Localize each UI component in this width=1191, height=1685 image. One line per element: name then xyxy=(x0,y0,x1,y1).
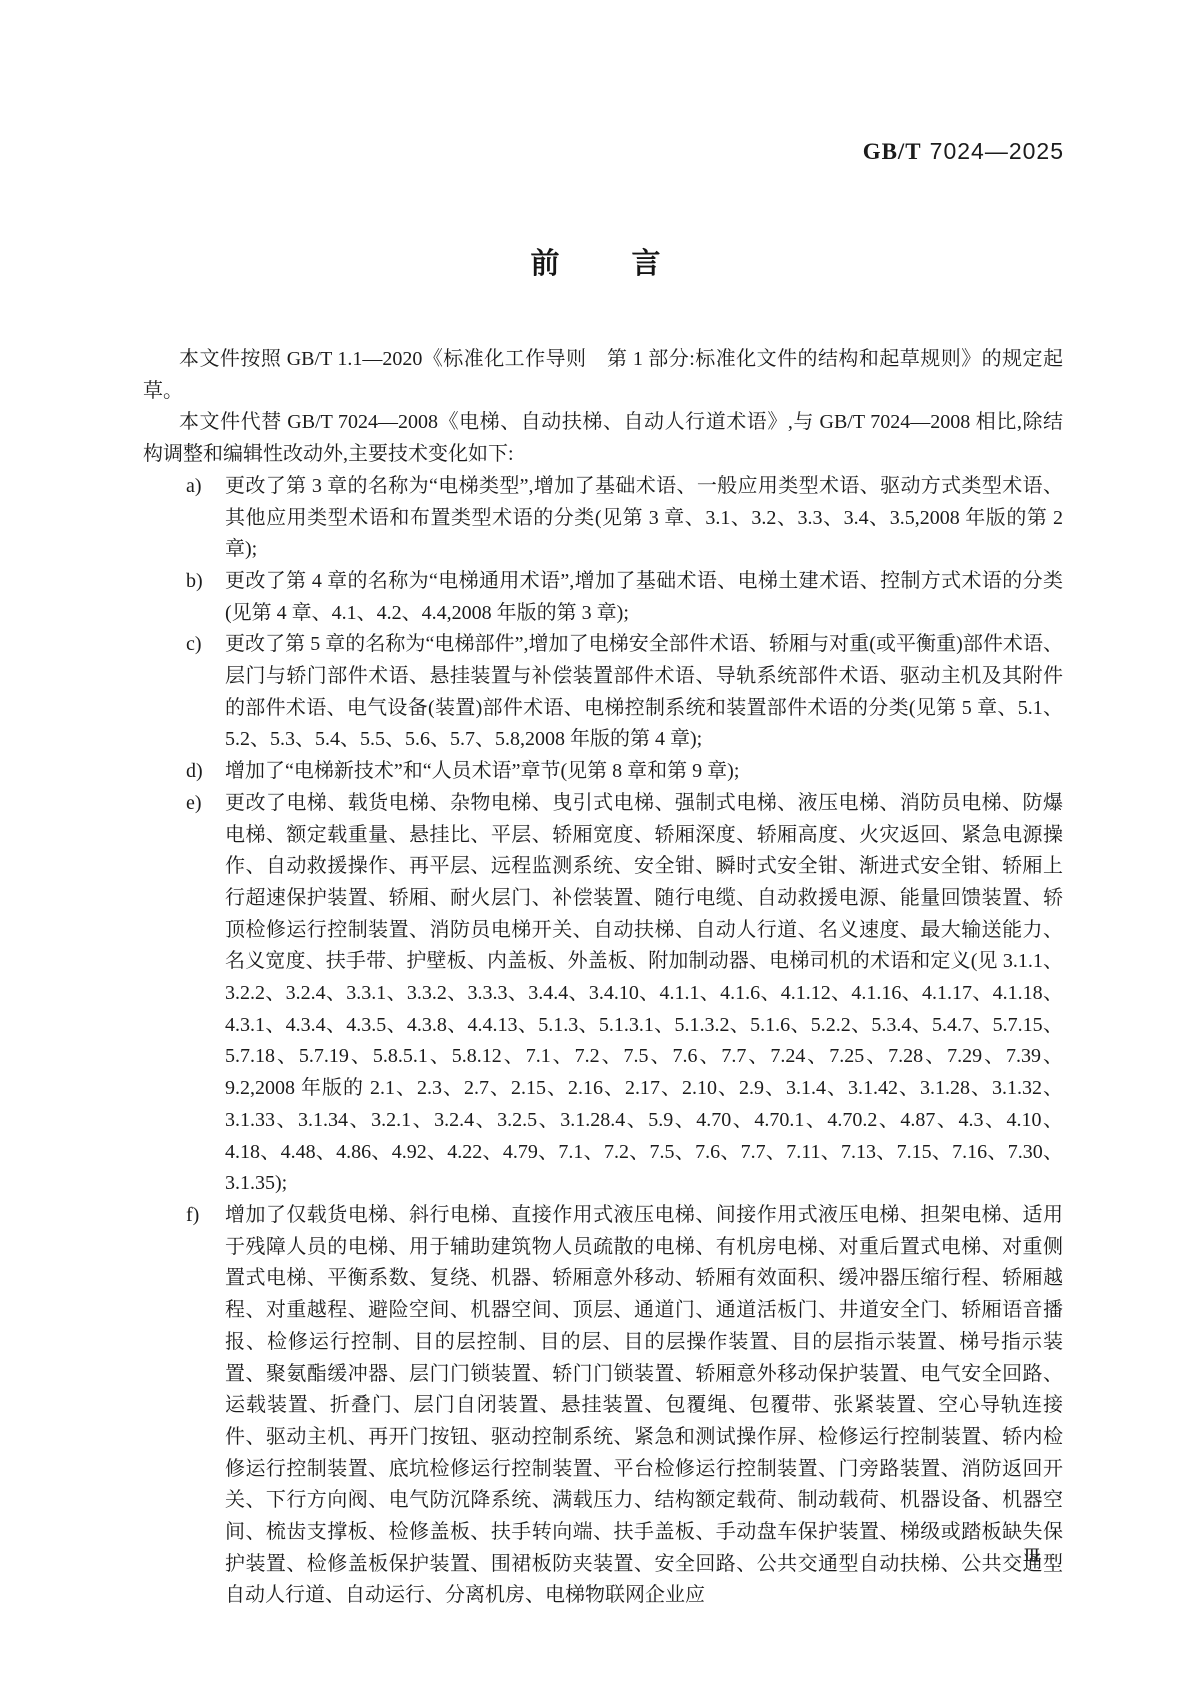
standard-code: GB/T7024—2025 xyxy=(863,138,1064,165)
item-text: 更改了第 5 章的名称为“电梯部件”,增加了电梯安全部件术语、轿厢与对重(或平衡… xyxy=(225,633,1063,750)
technical-changes-list: a) 更改了第 3 章的名称为“电梯类型”,增加了基础术语、一般应用类型术语、驱… xyxy=(143,471,1063,1612)
item-text: 更改了电梯、载货电梯、杂物电梯、曳引式电梯、强制式电梯、液压电梯、消防员电梯、防… xyxy=(225,792,1063,1194)
change-item-b: b) 更改了第 4 章的名称为“电梯通用术语”,增加了基础术语、电梯土建术语、控… xyxy=(143,566,1063,629)
item-label: d) xyxy=(186,756,203,788)
standard-code-number: 7024—2025 xyxy=(930,138,1064,164)
item-label: a) xyxy=(186,471,202,503)
change-item-d: d) 增加了“电梯新技术”和“人员术语”章节(见第 8 章和第 9 章); xyxy=(143,756,1063,788)
item-text: 增加了“电梯新技术”和“人员术语”章节(见第 8 章和第 9 章); xyxy=(225,760,739,782)
item-label: c) xyxy=(186,629,202,661)
item-text: 更改了第 3 章的名称为“电梯类型”,增加了基础术语、一般应用类型术语、驱动方式… xyxy=(225,475,1063,560)
foreword-body: 本文件按照 GB/T 1.1—2020《标准化工作导则 第 1 部分:标准化文件… xyxy=(143,344,1063,1612)
paragraph-drafting-basis: 本文件按照 GB/T 1.1—2020《标准化工作导则 第 1 部分:标准化文件… xyxy=(143,344,1063,407)
item-label: e) xyxy=(186,788,202,820)
change-item-a: a) 更改了第 3 章的名称为“电梯类型”,增加了基础术语、一般应用类型术语、驱… xyxy=(143,471,1063,566)
change-item-e: e) 更改了电梯、载货电梯、杂物电梯、曳引式电梯、强制式电梯、液压电梯、消防员电… xyxy=(143,788,1063,1200)
document-page: GB/T7024—2025 前言 本文件按照 GB/T 1.1—2020《标准化… xyxy=(0,0,1191,1685)
paragraph-replacement-note: 本文件代替 GB/T 7024—2008《电梯、自动扶梯、自动人行道术语》,与 … xyxy=(143,407,1063,470)
item-label: f) xyxy=(186,1200,199,1232)
foreword-title: 前言 xyxy=(0,241,1191,282)
page-number: Ⅲ xyxy=(0,1546,1040,1566)
change-item-c: c) 更改了第 5 章的名称为“电梯部件”,增加了电梯安全部件术语、轿厢与对重(… xyxy=(143,629,1063,756)
item-label: b) xyxy=(186,566,203,598)
item-text: 更改了第 4 章的名称为“电梯通用术语”,增加了基础术语、电梯土建术语、控制方式… xyxy=(225,570,1063,624)
standard-code-prefix: GB/T xyxy=(863,139,922,164)
foreword-title-text: 前言 xyxy=(530,241,732,282)
